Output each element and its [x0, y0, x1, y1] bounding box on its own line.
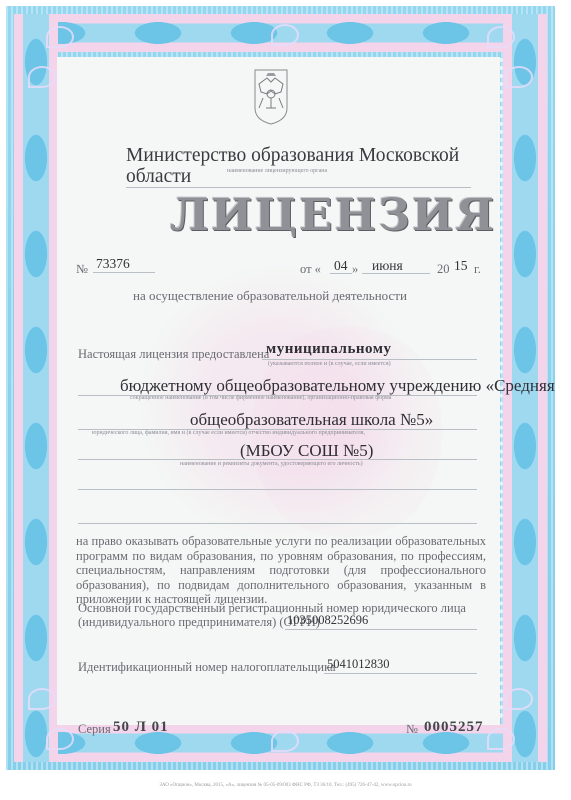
caption-identity-document: наименование и реквизиты документа, удос…	[180, 461, 363, 467]
rights-paragraph: на право оказывать образовательные услуг…	[76, 534, 486, 607]
license-purpose: на осуществление образовательной деятель…	[133, 288, 407, 304]
date-month-underline	[362, 273, 430, 274]
ornament-scroll-icon	[46, 26, 74, 48]
date-day: 04	[334, 258, 348, 274]
licensee-line-2: бюджетному общеобразовательному учрежден…	[120, 376, 555, 396]
blank-line-1	[78, 489, 477, 490]
date-year: 15	[454, 258, 468, 274]
licensee-line-3: общеобразовательная школа №5»	[190, 410, 433, 430]
ogrn-label-line-1: Основной государственный регистрационный…	[78, 601, 466, 616]
licensee-line-1-underline	[262, 359, 477, 360]
issuing-authority: Министерство образования Московской обла…	[126, 145, 471, 188]
ogrn-underline	[285, 629, 477, 630]
ogrn-value: 1035008252696	[287, 613, 368, 628]
ogrn-label-line-2: (индивидуального предпринимателя) (ОГРН)	[78, 615, 320, 630]
ornament-scroll-icon	[505, 688, 533, 710]
date-day-underline	[330, 273, 352, 274]
printer-imprint: ЗАО «Опцион», Москва, 2015, «А», лицензи…	[0, 783, 571, 788]
series-label: Серия	[78, 722, 111, 737]
caption-short-name: сокращенное наименование (в том числе фи…	[130, 395, 391, 401]
licensee-short-name: (МБОУ СОШ №5)	[240, 441, 373, 461]
ornament-scroll-icon	[487, 728, 515, 750]
inn-value: 5041012830	[327, 657, 390, 672]
ornament-scroll-icon	[271, 24, 299, 46]
ornament-scroll-icon	[28, 66, 56, 88]
blank-line-2	[78, 523, 477, 524]
ornament-scroll-icon	[487, 26, 515, 48]
inn-label: Идентификационный номер налогоплательщик…	[78, 660, 336, 675]
inn-underline	[324, 673, 477, 674]
form-number-label: №	[406, 722, 418, 737]
license-number: 73376	[96, 256, 130, 272]
granted-to-label: Настоящая лицензия предоставлена	[78, 347, 269, 362]
ornament-scroll-icon	[271, 730, 299, 752]
ornament-scroll-icon	[505, 66, 533, 88]
license-number-underline	[93, 272, 155, 273]
ornament-scroll-icon	[28, 688, 56, 710]
license-number-label: №	[76, 262, 88, 277]
caption-full-name: (указываются полное и (в случае, если им…	[268, 361, 391, 367]
date-year-suffix: г.	[474, 262, 481, 277]
caption-legal-entity: юридического лица, фамилия, имя и (в слу…	[92, 430, 365, 436]
issuing-authority-caption: наименование лицензирующего органа	[227, 168, 327, 174]
licensee-line-1: муниципальному	[266, 341, 391, 358]
document-title: ЛИЦЕНЗИЯ	[170, 190, 400, 241]
series-value: 50 Л 01	[113, 719, 169, 736]
form-number: 0005257	[424, 719, 484, 736]
date-day-suffix: »	[352, 262, 358, 277]
date-year-prefix: 20	[437, 262, 450, 277]
date-month: июня	[372, 258, 403, 274]
border-band-left	[14, 14, 58, 762]
russian-coat-of-arms-icon	[253, 68, 289, 126]
ornament-scroll-icon	[46, 728, 74, 750]
date-prefix: от «	[300, 262, 321, 277]
licensee-short-name-underline	[78, 459, 477, 460]
